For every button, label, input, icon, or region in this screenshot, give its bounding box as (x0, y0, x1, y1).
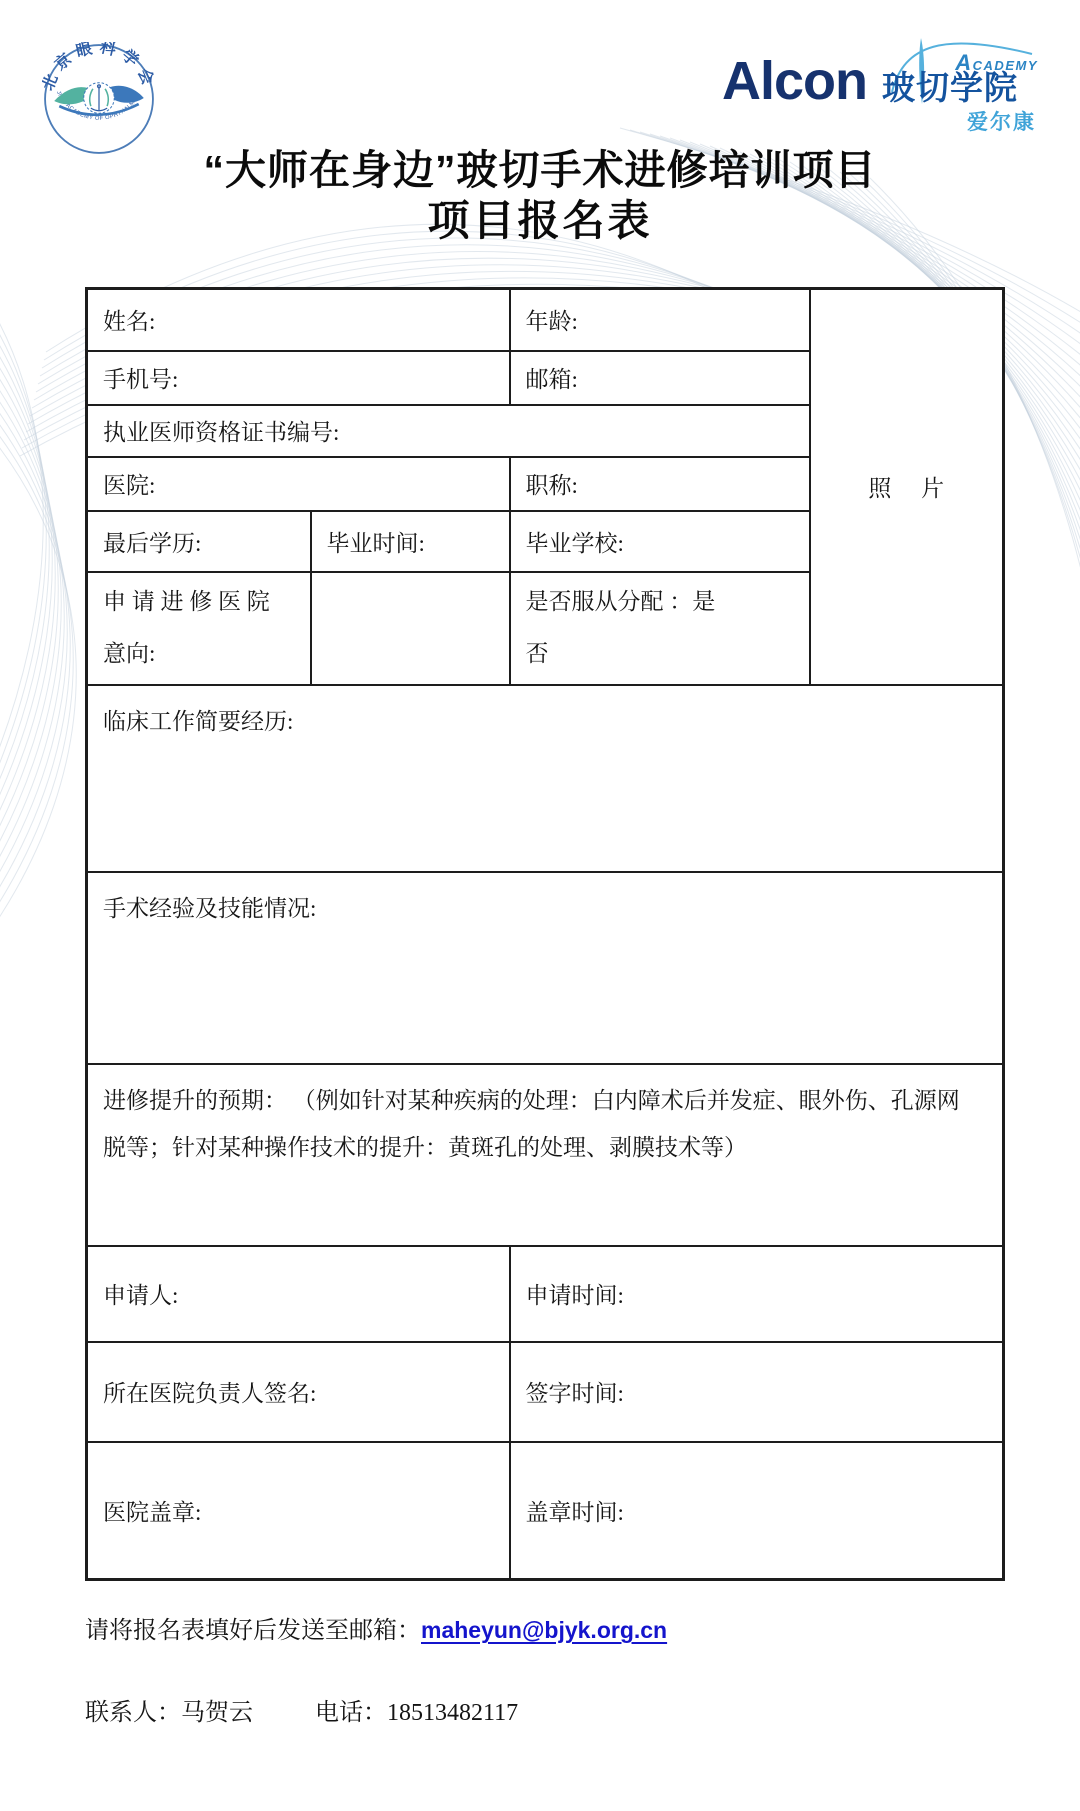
alcon-logo: Alcon (722, 54, 867, 108)
submission-instruction-text: 请将报名表填好后发送至邮箱： (85, 1618, 421, 1644)
submission-instruction-line: 请将报名表填好后发送至邮箱：maheyun@bjyk.org.cn (85, 1610, 667, 1645)
field-phone: 手机号: (87, 351, 510, 405)
field-surgical-skills: 手术经验及技能情况: (87, 872, 1004, 1064)
field-intended-hospital: 申 请 进 修 医 院 意向: (87, 572, 311, 685)
field-signature-time-label: 签字时间: (526, 1381, 624, 1406)
field-hospital-stamp-label: 医院盖章: (103, 1500, 201, 1525)
field-name-label: 姓名: (103, 309, 155, 334)
field-obey-assignment: 是否服从分配 ：是 否 (510, 572, 810, 685)
field-hospital: 医院: (87, 457, 510, 511)
field-last-degree: 最后学历: (87, 511, 311, 572)
vitrectomy-academy-logo: ACADEMY 玻切学院 爱尔康 (876, 30, 1038, 132)
field-phone-label: 手机号: (103, 367, 178, 392)
field-graduation-school-label: 毕业学校: (526, 531, 624, 556)
page-title-line2: 项目报名表 (0, 197, 1080, 245)
photo-cell: 照 片 (810, 289, 1004, 685)
field-name: 姓名: (87, 289, 510, 351)
field-hospital-head-signature: 所在医院负责人签名: (87, 1342, 510, 1442)
field-obey-assignment-no: 否 (526, 628, 803, 680)
field-job-title: 职称: (510, 457, 810, 511)
field-graduation-school: 毕业学校: (510, 511, 810, 572)
field-applicant-label: 申请人: (103, 1283, 178, 1308)
field-last-degree-label: 最后学历: (103, 531, 201, 556)
field-graduation-time: 毕业时间: (311, 511, 510, 572)
field-job-title-label: 职称: (526, 473, 578, 498)
field-training-expectation-label: 进修提升的预期： （例如针对某种疾病的处理：白内障术后并发症、眼外伤、孔源网脱等… (103, 1088, 960, 1160)
field-applicant: 申请人: (87, 1246, 510, 1342)
academy-cn-label: 玻切学院 (882, 70, 1018, 106)
field-apply-time: 申请时间: (510, 1246, 1004, 1342)
field-license-label: 执业医师资格证书编号: (103, 420, 339, 445)
field-hospital-label: 医院: (103, 473, 155, 498)
field-clinical-experience-label: 临床工作简要经历: (103, 709, 293, 734)
field-intended-hospital-label-line1: 申 请 进 修 医 院 (103, 576, 304, 628)
field-age: 年龄: (510, 289, 810, 351)
field-apply-time-label: 申请时间: (526, 1283, 624, 1308)
registration-form-table: 姓名: 年龄: 照 片 手机号: 邮箱: 执业医师资格证书编号: 医院: 职称:… (85, 287, 1005, 1581)
field-license-number: 执业医师资格证书编号: (87, 405, 810, 457)
field-email: 邮箱: (510, 351, 810, 405)
field-training-expectation: 进修提升的预期： （例如针对某种疾病的处理：白内障术后并发症、眼外伤、孔源网脱等… (87, 1064, 1004, 1246)
registration-form-page: 北京眼科学会 BEIJING ACADEMY OF OPHTHALMOLOGY … (0, 0, 1080, 1811)
field-obey-assignment-yes: 是否服从分配 ：是 (526, 576, 803, 628)
contact-info-line: 联系人：马贺云 电话：18513482117 (85, 1692, 518, 1727)
photo-label: 照 片 (868, 476, 956, 501)
contact-phone: 电话：18513482117 (315, 1700, 518, 1726)
beijing-ophthalmology-academy-seal-logo: 北京眼科学会 BEIJING ACADEMY OF OPHTHALMOLOGY (42, 42, 156, 156)
field-signature-time: 签字时间: (510, 1342, 1004, 1442)
field-hospital-stamp: 医院盖章: (87, 1442, 510, 1580)
academy-subtitle-aierkang: 爱尔康 (967, 106, 1036, 136)
field-stamp-time: 盖章时间: (510, 1442, 1004, 1580)
field-age-label: 年龄: (526, 309, 578, 334)
field-email-label: 邮箱: (526, 367, 578, 392)
field-clinical-experience: 临床工作简要经历: (87, 685, 1004, 872)
contact-person: 联系人：马贺云 (85, 1700, 253, 1726)
field-graduation-time-label: 毕业时间: (327, 531, 425, 556)
field-stamp-time-label: 盖章时间: (526, 1500, 624, 1525)
page-title: “大师在身边”玻切手术进修培训项目 项目报名表 (0, 146, 1080, 245)
field-hospital-head-signature-label: 所在医院负责人签名: (103, 1381, 316, 1406)
contact-email-link[interactable]: maheyun@bjyk.org.cn (421, 1617, 667, 1643)
field-intended-hospital-blank (311, 572, 510, 685)
field-intended-hospital-label-line2: 意向: (103, 628, 304, 680)
field-surgical-skills-label: 手术经验及技能情况: (103, 896, 316, 921)
page-title-line1: “大师在身边”玻切手术进修培训项目 (0, 146, 1080, 195)
